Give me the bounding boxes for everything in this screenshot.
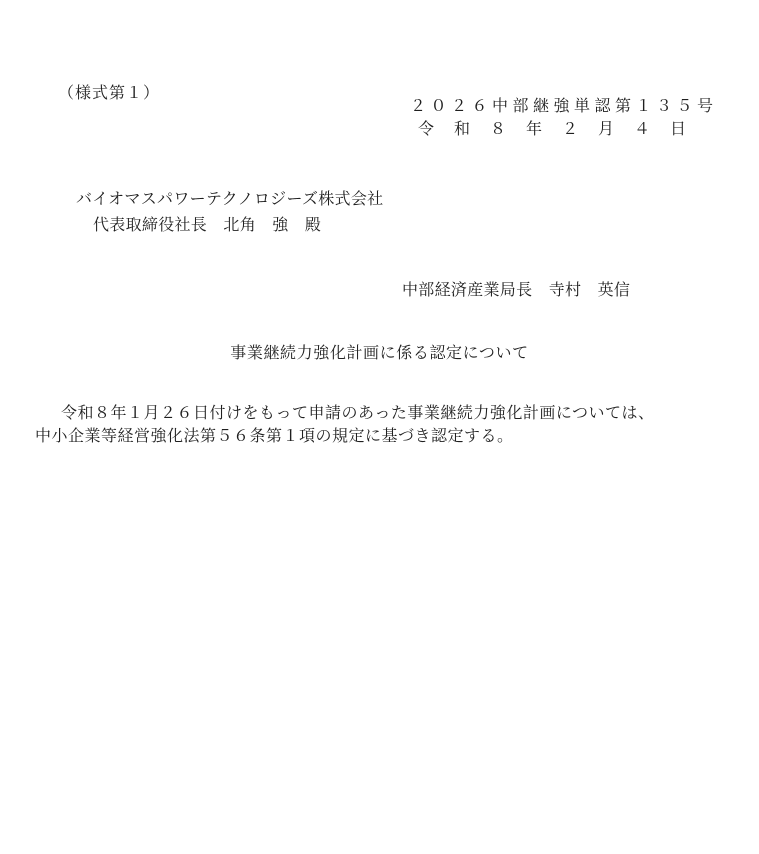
issuer-name: 中部経済産業局長 寺村 英信 xyxy=(402,281,630,301)
form-label: （様式第１） xyxy=(58,84,160,104)
document-title: 事業継続力強化計画に係る認定について xyxy=(0,340,759,363)
body-line-1: 令和８年１月２６日付けをもって申請のあった事業継続力強化計画については、 xyxy=(35,402,735,425)
recipient-company: バイオマスパワーテクノロジーズ株式会社 xyxy=(76,190,383,210)
body-line-2: 中小企業等経営強化法第５６条第１項の規定に基づき認定する。 xyxy=(35,425,735,448)
body-paragraph: 令和８年１月２６日付けをもって申請のあった事業継続力強化計画については、 中小企… xyxy=(35,402,735,448)
document-page: （様式第１） ２０２６中部継強単認第１３５号 令和８年２月４日 バイオマスパワー… xyxy=(0,0,759,854)
document-date: 令和８年２月４日 xyxy=(418,120,706,140)
recipient-addressee: 代表取締役社長 北角 強 殿 xyxy=(93,216,321,236)
document-number: ２０２６中部継強単認第１３５号 xyxy=(410,97,718,117)
